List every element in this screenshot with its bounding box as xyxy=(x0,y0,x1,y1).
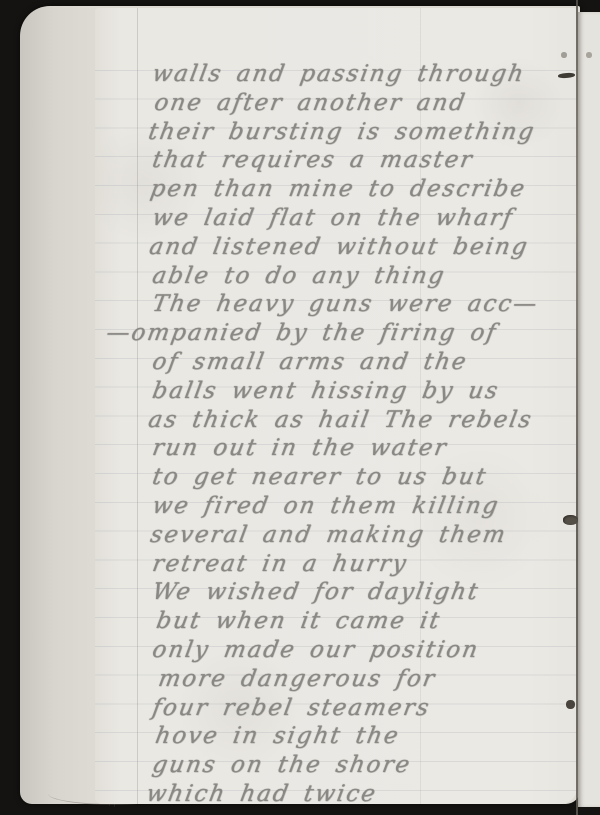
handwriting-line: —ompanied by the firing of xyxy=(104,319,575,348)
page-crease-line xyxy=(576,0,578,815)
diary-page: walls and passing through one after anot… xyxy=(95,8,577,804)
handwriting-line: which had twice xyxy=(144,780,575,809)
handwriting-line: hove in sight the xyxy=(153,722,575,751)
facing-page-edge xyxy=(578,12,600,807)
handwriting-line: and listened without being xyxy=(147,233,575,262)
handwriting-line: but when it came it xyxy=(154,607,575,636)
handwriting-line: of small arms and the xyxy=(150,348,575,377)
diary-scan-photo: { "handwriting": { "lines": [ "walls and… xyxy=(0,0,600,815)
handwriting-line: to get nearer to us but xyxy=(150,463,575,492)
handwriting-line: their bursting is something xyxy=(146,118,575,147)
notebook-scan: walls and passing through one after anot… xyxy=(0,0,600,815)
handwriting-line: retreat in a hurry xyxy=(150,550,575,579)
handwriting-line: we laid flat on the wharf xyxy=(150,204,575,233)
ink-mark xyxy=(566,700,575,709)
handwriting-line: only made our position xyxy=(150,636,575,665)
handwriting-line: We wished for daylight xyxy=(150,578,575,607)
handwriting-line: guns on the shore xyxy=(150,751,575,780)
handwriting-line: The heavy guns were acc— xyxy=(150,290,575,319)
handwriting-line: more dangerous for xyxy=(156,665,575,694)
handwriting-line: able to do any thing xyxy=(150,262,575,291)
stain-dot xyxy=(561,52,567,58)
handwritten-text-block: walls and passing through one after anot… xyxy=(150,60,570,809)
handwriting-line: balls went hissing by us xyxy=(150,377,575,406)
ink-mark xyxy=(563,515,578,525)
margin-rule-line xyxy=(137,8,138,804)
handwriting-line: pen than mine to describe xyxy=(148,175,575,204)
handwriting-line: one after another and xyxy=(152,89,575,118)
handwriting-line: run out in the water xyxy=(150,434,575,463)
handwriting-line: four rebel steamers xyxy=(150,694,575,723)
stain-dot xyxy=(586,52,592,58)
handwriting-line: as thick as hail The rebels xyxy=(146,406,575,435)
handwriting-line: walls and passing through xyxy=(150,60,575,89)
handwriting-line: several and making them xyxy=(148,521,575,550)
handwriting-line: that requires a master xyxy=(150,146,575,175)
handwriting-line: we fired on them killing xyxy=(150,492,575,521)
